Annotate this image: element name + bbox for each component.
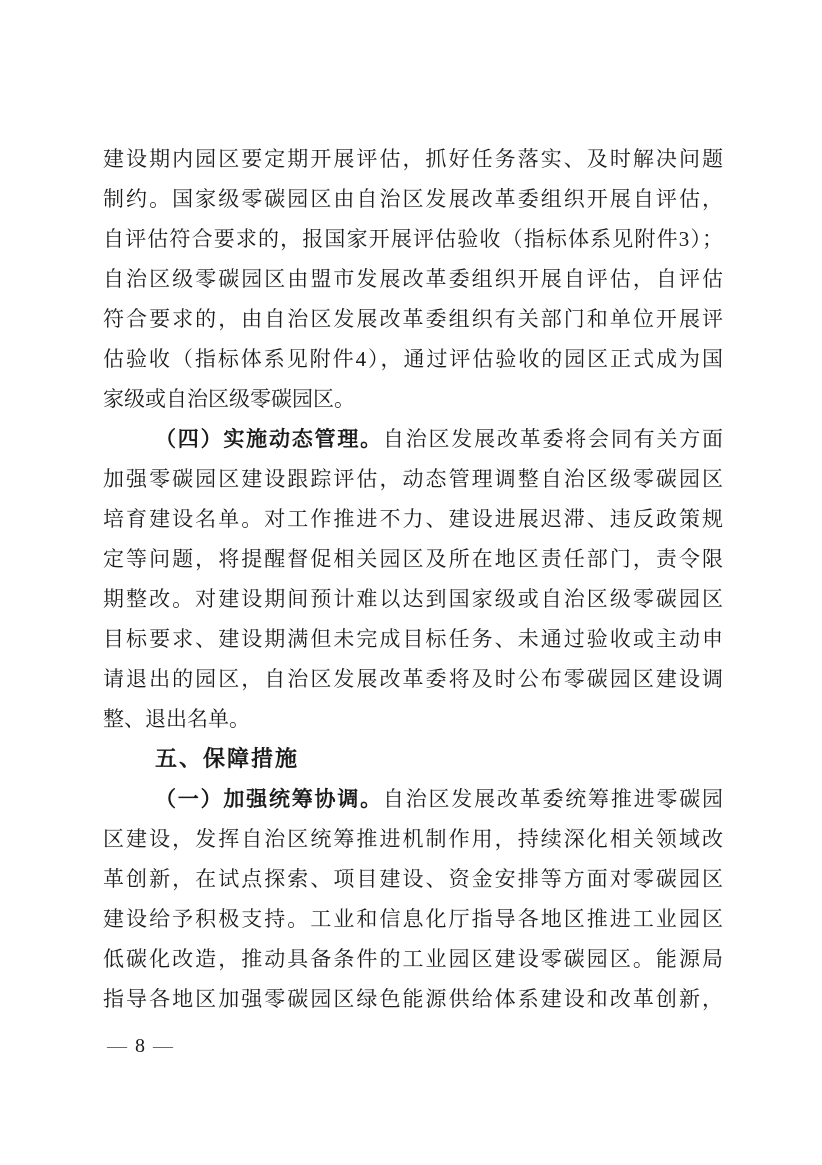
- text-run: 目标要求、建设期满但未完成目标任务、未通过验收或主动申: [103, 627, 723, 651]
- text-line: 整、退出名单。: [103, 699, 723, 739]
- document-page: 建设期内园区要定期开展评估，抓好任务落实、及时解决问题制约。国家级零碳园区由自治…: [0, 0, 822, 1165]
- text-line: 制约。国家级零碳园区由自治区发展改革委组织开展自评估，: [103, 179, 723, 219]
- text-run: 符合要求的，由自治区发展改革委组织有关部门和单位开展评: [103, 307, 723, 331]
- text-line: （一）加强统筹协调。自治区发展改革委统筹推进零碳园: [103, 779, 723, 819]
- text-line: 革创新，在试点探索、项目建设、资金安排等方面对零碳园区: [103, 859, 723, 899]
- text-run: 估验收（指标体系见附件4），通过评估验收的园区正式成为国: [103, 347, 723, 371]
- text-run: 制约。国家级零碳园区由自治区发展改革委组织开展自评估，: [103, 187, 723, 211]
- bold-text-run: （四）实施动态管理。: [155, 427, 383, 451]
- text-line: 指导各地区加强零碳园区绿色能源供给体系建设和改革创新，: [103, 979, 723, 1019]
- page-footer: —8—: [107, 1026, 173, 1066]
- text-run: 整、退出名单。: [103, 707, 250, 731]
- section-heading: 五、保障措施: [103, 739, 723, 779]
- text-line: （四）实施动态管理。自治区发展改革委将会同有关方面: [103, 419, 723, 459]
- text-line: 定等问题，将提醒督促相关园区及所在地区责任部门，责令限: [103, 539, 723, 579]
- text-line: 培育建设名单。对工作推进不力、建设进展迟滞、违反政策规: [103, 499, 723, 539]
- footer-dash-left: —: [107, 1035, 127, 1057]
- footer-dash-right: —: [153, 1035, 173, 1057]
- text-run: 期整改。对建设期间预计难以达到国家级或自治区级零碳园区: [103, 587, 723, 611]
- text-line: 加强零碳园区建设跟踪评估，动态管理调整自治区级零碳园区: [103, 459, 723, 499]
- text-run: 自评估符合要求的，报国家开展评估验收（指标体系见附件3）；: [103, 227, 723, 251]
- document-body: 建设期内园区要定期开展评估，抓好任务落实、及时解决问题制约。国家级零碳园区由自治…: [103, 139, 723, 1019]
- text-run: 家级或自治区级零碳园区。: [103, 387, 355, 411]
- text-run: 指导各地区加强零碳园区绿色能源供给体系建设和改革创新，: [103, 987, 723, 1011]
- text-line: 期整改。对建设期间预计难以达到国家级或自治区级零碳园区: [103, 579, 723, 619]
- text-line: 低碳化改造，推动具备条件的工业园区建设零碳园区。能源局: [103, 939, 723, 979]
- bold-text-run: （一）加强统筹协调。: [155, 787, 383, 811]
- text-line: 区建设，发挥自治区统筹推进机制作用，持续深化相关领域改: [103, 819, 723, 859]
- text-line: 自评估符合要求的，报国家开展评估验收（指标体系见附件3）；: [103, 219, 723, 259]
- text-line: 目标要求、建设期满但未完成目标任务、未通过验收或主动申: [103, 619, 723, 659]
- bold-text-run: 五、保障措施: [155, 746, 299, 771]
- text-line: 估验收（指标体系见附件4），通过评估验收的园区正式成为国: [103, 339, 723, 379]
- text-run: 定等问题，将提醒督促相关园区及所在地区责任部门，责令限: [103, 547, 723, 571]
- text-run: 区建设，发挥自治区统筹推进机制作用，持续深化相关领域改: [103, 827, 723, 851]
- text-run: 自治区发展改革委统筹推进零碳园: [383, 787, 723, 811]
- page-number: 8: [135, 1035, 145, 1057]
- text-line: 家级或自治区级零碳园区。: [103, 379, 723, 419]
- text-run: 自治区发展改革委将会同有关方面: [383, 427, 723, 451]
- text-run: 低碳化改造，推动具备条件的工业园区建设零碳园区。能源局: [103, 947, 723, 971]
- text-line: 请退出的园区，自治区发展改革委将及时公布零碳园区建设调: [103, 659, 723, 699]
- text-run: 请退出的园区，自治区发展改革委将及时公布零碳园区建设调: [103, 667, 723, 691]
- text-run: 革创新，在试点探索、项目建设、资金安排等方面对零碳园区: [103, 867, 723, 891]
- text-run: 培育建设名单。对工作推进不力、建设进展迟滞、违反政策规: [103, 507, 723, 531]
- text-line: 建设期内园区要定期开展评估，抓好任务落实、及时解决问题: [103, 139, 723, 179]
- text-line: 自治区级零碳园区由盟市发展改革委组织开展自评估，自评估: [103, 259, 723, 299]
- text-run: 建设期内园区要定期开展评估，抓好任务落实、及时解决问题: [103, 147, 723, 171]
- text-run: 加强零碳园区建设跟踪评估，动态管理调整自治区级零碳园区: [103, 467, 723, 491]
- text-run: 自治区级零碳园区由盟市发展改革委组织开展自评估，自评估: [103, 267, 723, 291]
- text-run: 建设给予积极支持。工业和信息化厅指导各地区推进工业园区: [103, 907, 723, 931]
- text-line: 建设给予积极支持。工业和信息化厅指导各地区推进工业园区: [103, 899, 723, 939]
- text-line: 符合要求的，由自治区发展改革委组织有关部门和单位开展评: [103, 299, 723, 339]
